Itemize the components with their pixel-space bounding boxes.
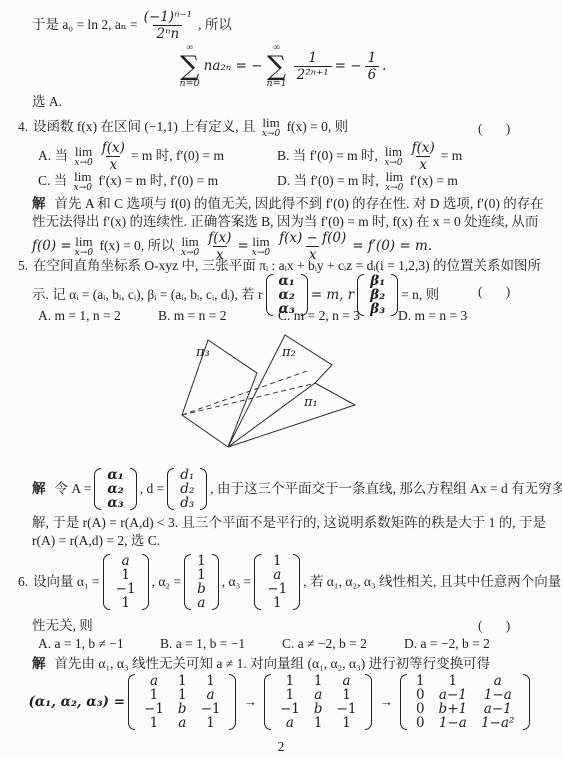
matrix-cell: −1 <box>194 702 228 716</box>
option-text: f′(x) = m 时, f′(0) = m <box>95 173 218 190</box>
stem-text: f(x) = 0, 则 <box>283 119 348 136</box>
stem-text: 设函数 f(x) 在区间 (−1,1) 上有定义, 且 <box>33 119 259 136</box>
solution-label: 解 <box>32 481 46 498</box>
matrix-cell: 1−a <box>474 688 521 702</box>
matrix: a1−11 <box>103 554 149 610</box>
fraction: 1 2²ⁿ⁺¹ <box>294 50 332 83</box>
fraction-numerator: f(x) <box>409 140 438 156</box>
limit: lim x→0 <box>262 116 280 139</box>
answer-blank: ( ) <box>478 284 511 301</box>
q4-option-d: D. 当 f′(0) = m 时, lim x→0 f′(x) = m <box>277 170 458 193</box>
document-page: 于是 a₀ = ln 2, aₙ = (−1)ⁿ⁻¹ 2ⁿn , 所以 ∞ ∑ … <box>0 0 562 758</box>
stem-text: 示. 记 αᵢ = (aᵢ, bᵢ, cᵢ), βᵢ = (aᵢ, bᵢ, cᵢ… <box>32 287 263 304</box>
matrix-cell: d₁ <box>176 468 198 482</box>
matrix-row: a11 <box>273 716 363 730</box>
question-number: 4. <box>18 119 33 136</box>
matrix-cell: 1 <box>137 716 171 730</box>
matrix-row: 1 <box>263 554 291 568</box>
fraction: f(x) x <box>99 140 128 173</box>
matrix-cell: 0 <box>409 716 432 730</box>
paren-left-icon <box>254 554 261 610</box>
answer-blank: ( ) <box>478 618 511 635</box>
matrix-cell: b <box>193 582 210 596</box>
question-6-stem-line-1: 6. 设向量 α₁ = a1−11 , α₂ = 11ba , α₃ = 1a−… <box>18 554 562 610</box>
matrix-row: a <box>263 568 291 582</box>
sigma-icon: ∑ <box>180 54 199 80</box>
matrix-row: −1 <box>112 582 140 596</box>
matrix-cell: d₃ <box>176 496 198 510</box>
q6-option-c: C. a ≠ −2, b = 2 <box>282 636 404 653</box>
paren-right-icon <box>523 674 530 730</box>
matrix-cell: a <box>194 688 228 702</box>
stem-text: , α₂ = <box>152 574 182 591</box>
matrix-row: 0b+1a−1 <box>409 702 522 716</box>
matrix-row: 1a1 <box>273 688 363 702</box>
limit-subscript: x→0 <box>262 130 280 139</box>
limit-word: lim <box>181 235 198 248</box>
matrix-cell: 1 <box>409 674 432 688</box>
matrix-cell: 1 <box>330 716 364 730</box>
option-text: B. m = n = 2 <box>158 308 226 325</box>
matrix-cell: 1 <box>307 674 330 688</box>
matrix-cell: b <box>307 702 330 716</box>
limit-word: lim <box>386 170 403 183</box>
matrix-cell: a <box>474 674 521 688</box>
matrix-cell: a <box>273 716 307 730</box>
matrix-row: 11a <box>273 674 363 688</box>
solution-text: 解, 于是 r(A) = r(A,d) < 3. 且三个平面不是平行的, 这说明… <box>32 515 546 532</box>
matrix-row: −1b−1 <box>273 702 363 716</box>
matrix-grid: d₁d₂d₃ <box>176 468 198 510</box>
fraction-numerator: f(x) <box>99 140 128 156</box>
matrix: a1111a−1b−11a1 <box>128 674 236 730</box>
limit: lim x→0 <box>74 170 92 193</box>
matrix: d₁d₂d₃ <box>167 468 207 510</box>
matrix-row: a <box>193 596 210 610</box>
limit-subscript: x→0 <box>384 159 402 168</box>
matrix-row: β₂ <box>366 288 389 302</box>
page-number-text: 2 <box>278 739 285 754</box>
limit-subscript: x→0 <box>75 249 93 258</box>
matrix-cell: β₂ <box>366 288 389 302</box>
hidden-intersection-line-2 <box>182 383 316 415</box>
matrix-cell: a <box>112 554 140 568</box>
solution-text: , d = <box>140 481 165 498</box>
display-lhs: (α₁, α₂, α₃) = <box>29 694 126 711</box>
matrix-grid: 11a1a1−1b−1a11 <box>273 674 363 730</box>
plane-label-pi1: π₁ <box>303 395 318 410</box>
matrix-row: a11 <box>137 674 227 688</box>
answer-blank: ( ) <box>478 121 511 138</box>
paren-right-icon <box>229 674 236 730</box>
matrix-row: d₁ <box>176 468 198 482</box>
limit-word: lim <box>385 145 402 158</box>
matrix-cell: b <box>171 702 194 716</box>
matrix-cell: −1 <box>273 702 307 716</box>
matrix-row: 11a <box>137 688 227 702</box>
matrix-cell: 1 <box>330 688 364 702</box>
matrix-grid: a1−11 <box>112 554 140 610</box>
q4-solution-line-1: 解 首先 A 和 C 选项与 f(0) 的值无关, 因此得不到 f′(0) 的存… <box>32 196 544 213</box>
paren-right-icon <box>200 468 207 510</box>
option-text: D. 当 f′(0) = m 时, <box>277 173 382 190</box>
stem-text: 设向量 α₁ = <box>33 574 100 591</box>
option-text: A. m = 1, n = 2 <box>38 308 121 325</box>
matrix: 11ba <box>184 554 219 610</box>
matrix-cell: 1 <box>171 674 194 688</box>
solution-label: 解 <box>32 656 46 673</box>
matrix-cell: −1 <box>137 702 171 716</box>
planes-figure-svg: π₃ π₂ π₁ <box>150 330 450 470</box>
matrix-row: −1 <box>263 582 291 596</box>
matrix-cell: 1 <box>137 688 171 702</box>
q4-option-c: C. 当 lim x→0 f′(x) = m 时, f′(0) = m <box>38 170 277 193</box>
q5-options-row: A. m = 1, n = 2 B. m = n = 2 C. m = 2, n… <box>38 308 467 325</box>
arrow-icon: → <box>243 694 257 711</box>
arrow-icon: → <box>379 694 393 711</box>
option-text: f′(x) = m <box>406 173 457 190</box>
solution-label: 解 <box>32 196 46 213</box>
matrix-row: 1 <box>112 596 140 610</box>
matrix-cell: 1 <box>307 716 330 730</box>
matrix-cell: a <box>330 674 364 688</box>
matrix-row: d₃ <box>176 496 198 510</box>
option-text: = m 时, f′(0) = m <box>131 148 224 165</box>
q5-option-a: A. m = 1, n = 2 <box>38 308 158 325</box>
option-text: C. m = 2, n = 3 <box>278 308 360 325</box>
limit: lim x→0 <box>74 145 92 168</box>
matrix-grid: 11ba <box>193 554 210 610</box>
paren-left-icon <box>264 674 271 730</box>
matrix-cell: α₂ <box>103 482 127 496</box>
paren-right-icon <box>293 554 300 610</box>
q5-solution-line-3: r(A) = r(A,d) = 2, 选 C. <box>32 533 160 550</box>
answer-choice-text: 选 A. <box>32 94 62 109</box>
matrix: 1a−11 <box>254 554 300 610</box>
fraction-numerator: 1 <box>365 50 380 66</box>
question-4-stem: 4. 设函数 f(x) 在区间 (−1,1) 上有定义, 且 lim x→0 f… <box>18 116 348 139</box>
q6-solution-line-1: 解 首先由 α₁, α₃ 线性无关可知 a ≠ 1. 对向量组 (α₁, α₂,… <box>32 656 490 673</box>
paren-left-icon <box>400 674 407 730</box>
solution-text: 首先 A 和 C 选项与 f(0) 的值无关, 因此得不到 f′(0) 的存在性… <box>55 196 544 213</box>
paren-left-icon <box>184 554 191 610</box>
solution-text: f(x) = 0, 所以 <box>96 238 178 255</box>
matrix-cell: −1 <box>263 582 291 596</box>
question-number: 5. <box>18 258 33 275</box>
sum-lower-limit: n=0 <box>180 79 200 89</box>
plane-pi3-outline <box>182 340 257 447</box>
q6-option-d: D. a = −2, b = 2 <box>404 636 490 653</box>
matrix-cell: 1−a <box>432 716 475 730</box>
matrix-row: b <box>193 582 210 596</box>
matrix-row: α₁ <box>275 274 299 288</box>
matrix-cell: −1 <box>330 702 364 716</box>
matrix: α₁α₂α₃ <box>94 468 136 510</box>
matrix-cell: 1 <box>171 688 194 702</box>
planes-figure: π₃ π₂ π₁ <box>150 330 450 470</box>
limit-word: lim <box>75 235 92 248</box>
intro-text-pre: 于是 a₀ = ln 2, aₙ = <box>32 17 138 34</box>
matrix-cell: β₁ <box>366 274 389 288</box>
matrix-row: 1a1 <box>137 716 227 730</box>
q5-solution-line-1: 解 令 A = α₁α₂α₃ , d = d₁d₂d₃ , 由于这三个平面交于一… <box>32 468 562 510</box>
matrix-grid: a1111a−1b−11a1 <box>137 674 227 730</box>
matrix-cell: 1 <box>193 568 210 582</box>
fraction-numerator: f(x) <box>205 230 234 246</box>
limit-subscript: x→0 <box>74 159 92 168</box>
solution-text: 首先由 α₁, α₃ 线性无关可知 a ≠ 1. 对向量组 (α₁, α₂, α… <box>55 656 491 673</box>
solution-text: , 由于这三个平面交于一条直线, 那么方程组 Ax = d 有无穷多 <box>210 481 562 498</box>
matrix-cell: a <box>193 596 210 610</box>
matrix-row: β₁ <box>366 274 389 288</box>
limit-word: lim <box>75 145 92 158</box>
plane-label-pi2: π₂ <box>281 345 296 360</box>
matrix-grid: 11a0a−11−a0b+1a−101−a1−a² <box>409 674 522 730</box>
limit: lim x→0 <box>75 235 93 258</box>
stem-text: , α₃ = <box>222 574 252 591</box>
equation-middle: na₂ₙ = − <box>204 58 263 75</box>
option-text: A. 当 <box>38 148 71 165</box>
solution-math: = f′(0) = m. <box>352 238 432 255</box>
solution-text: 令 A = <box>55 481 92 498</box>
matrix-cell: α₁ <box>275 274 299 288</box>
q5-option-b: B. m = n = 2 <box>158 308 278 325</box>
matrix-cell: a <box>263 568 291 582</box>
matrix-cell: 1 <box>194 674 228 688</box>
limit-subscript: x→0 <box>385 184 403 193</box>
matrix-row: 11a <box>409 674 522 688</box>
matrix-cell: 0 <box>409 702 432 716</box>
fraction: (−1)ⁿ⁻¹ 2ⁿn <box>141 9 195 42</box>
q6-option-b: B. a = 1, b = −1 <box>160 636 282 653</box>
matrix-cell: α₃ <box>103 496 127 510</box>
solution-text: r(A) = r(A,d) = 2, 选 C. <box>32 533 160 550</box>
paren-left-icon <box>94 468 101 510</box>
intro-text-post: , 所以 <box>198 17 232 34</box>
equation-end: . <box>382 58 386 75</box>
answer-choice-line: 选 A. <box>32 94 62 111</box>
summation: ∞ ∑ n=1 <box>267 44 287 89</box>
option-text: D. a = −2, b = 2 <box>404 636 490 653</box>
paren-right-icon <box>365 674 372 730</box>
stem-text: = n, 则 <box>401 287 439 304</box>
matrix: 11a0a−11−a0b+1a−101−a1−a² <box>400 674 531 730</box>
limit-subscript: x→0 <box>74 184 92 193</box>
hidden-intersection-line-1 <box>182 371 307 415</box>
limit: lim x→0 <box>384 145 402 168</box>
matrix-row: −1b−1 <box>137 702 227 716</box>
q4-options-row-2: C. 当 lim x→0 f′(x) = m 时, f′(0) = m D. 当… <box>38 170 458 193</box>
matrix-row: d₂ <box>176 482 198 496</box>
matrix-cell: 1 <box>273 674 307 688</box>
limit-subscript: x→0 <box>252 249 270 258</box>
matrix-row: 1 <box>263 596 291 610</box>
matrix-cell: −1 <box>112 582 140 596</box>
matrix-cell: a−1 <box>474 702 521 716</box>
limit-word: lim <box>252 235 269 248</box>
fraction-denominator: 6 <box>365 66 380 83</box>
matrix-row: 0a−11−a <box>409 688 522 702</box>
q5-solution-line-2: 解, 于是 r(A) = r(A,d) < 3. 且三个平面不是平行的, 这说明… <box>32 515 546 532</box>
matrix-cell: 1 <box>193 554 210 568</box>
solution-text: 性无法得出 f′(x) 的连续性. 正确答案选 B, 因为当 f′(0) = m… <box>32 214 538 231</box>
option-text: B. a = 1, b = −1 <box>160 636 245 653</box>
plane-pi1-outline <box>228 383 355 447</box>
limit-word: lim <box>262 116 279 129</box>
sigma-icon: ∑ <box>267 54 286 80</box>
stem-text: , 若 α₁, α₂, α₃ 线性相关, 且其中任意两个向量均线 <box>303 574 562 591</box>
matrix-row: 1 <box>193 568 210 582</box>
question-number: 6. <box>18 574 33 591</box>
option-text: A. a = 1, b ≠ −1 <box>38 636 124 653</box>
matrix-row: α₃ <box>103 496 127 510</box>
option-text: D. m = n = 3 <box>398 308 467 325</box>
matrix-row: α₂ <box>275 288 299 302</box>
q6-display-equation: (α₁, α₂, α₃) = a1111a−1b−11a1 → 11a1a1−1… <box>0 674 562 730</box>
matrix-cell: b+1 <box>432 702 475 716</box>
matrix-cell: 1 <box>273 688 307 702</box>
display-equation-series: ∞ ∑ n=0 na₂ₙ = − ∞ ∑ n=1 1 2²ⁿ⁺¹ = − 1 6… <box>0 44 562 89</box>
paren-right-icon <box>130 468 137 510</box>
matrix-cell: a <box>171 716 194 730</box>
matrix-cell: a−1 <box>432 688 475 702</box>
matrix-cell: a <box>307 688 330 702</box>
matrix-cell: d₂ <box>176 482 198 496</box>
fraction-numerator: (−1)ⁿ⁻¹ <box>141 9 195 25</box>
paren-left-icon <box>103 554 110 610</box>
q6-options-row: A. a = 1, b ≠ −1 B. a = 1, b = −1 C. a ≠… <box>38 636 490 653</box>
matrix: 11a1a1−1b−1a11 <box>264 674 372 730</box>
q4-option-b: B. 当 f′(0) = m 时, lim x→0 f(x) x = m <box>277 140 462 173</box>
matrix-cell: 1 <box>432 674 475 688</box>
fraction: 1 6 <box>365 50 380 83</box>
q6-option-a: A. a = 1, b ≠ −1 <box>38 636 160 653</box>
matrix-cell: α₁ <box>103 468 127 482</box>
matrix-row: α₂ <box>103 482 127 496</box>
option-text: = m <box>441 148 463 165</box>
limit-subscript: x→0 <box>181 249 199 258</box>
fraction: f(x) x <box>409 140 438 173</box>
matrix-row: 1 <box>112 568 140 582</box>
option-text: B. 当 f′(0) = m 时, <box>277 148 381 165</box>
fraction-denominator: 2²ⁿ⁺¹ <box>294 66 332 83</box>
matrix-grid: 1a−11 <box>263 554 291 610</box>
matrix-grid: α₁α₂α₃ <box>103 468 127 510</box>
limit: lim x→0 <box>181 235 199 258</box>
stem-text: 性无关, 则 <box>32 618 93 635</box>
summation: ∞ ∑ n=0 <box>180 44 200 89</box>
matrix-cell: 1−a² <box>474 716 521 730</box>
paren-right-icon <box>212 554 219 610</box>
matrix-cell: 0 <box>409 688 432 702</box>
matrix-cell: 1 <box>263 596 291 610</box>
matrix-row: 01−a1−a² <box>409 716 522 730</box>
intro-line: 于是 a₀ = ln 2, aₙ = (−1)ⁿ⁻¹ 2ⁿn , 所以 <box>32 9 232 42</box>
fraction-numerator: f(x) − f(0) <box>276 230 349 246</box>
fraction-denominator: 2ⁿn <box>153 25 182 42</box>
sum-lower-limit: n=1 <box>267 79 287 89</box>
paren-right-icon <box>142 554 149 610</box>
question-6-stem-line-2: 性无关, 则 <box>32 618 93 635</box>
matrix-cell: 1 <box>112 568 140 582</box>
matrix-cell: a <box>137 674 171 688</box>
plane-label-pi3: π₃ <box>195 345 210 360</box>
matrix-cell: α₂ <box>275 288 299 302</box>
solution-math: f(0) = <box>32 238 72 255</box>
matrix-cell: 1 <box>194 716 228 730</box>
fraction-numerator: 1 <box>305 50 320 66</box>
matrix-cell: 1 <box>263 554 291 568</box>
equation-middle: = − <box>335 58 362 75</box>
matrix-row: a <box>112 554 140 568</box>
q5-option-d: D. m = n = 3 <box>398 308 467 325</box>
limit: lim x→0 <box>385 170 403 193</box>
q4-solution-line-2: 性无法得出 f′(x) 的连续性. 正确答案选 B, 因为当 f′(0) = m… <box>32 214 538 231</box>
option-text: C. 当 <box>38 173 71 190</box>
stem-math: = m, r <box>311 287 354 304</box>
limit: lim x→0 <box>252 235 270 258</box>
limit-word: lim <box>74 170 91 183</box>
q5-option-c: C. m = 2, n = 3 <box>278 308 398 325</box>
paren-left-icon <box>128 674 135 730</box>
paren-left-icon <box>167 468 174 510</box>
matrix-cell: 1 <box>112 596 140 610</box>
option-text: C. a ≠ −2, b = 2 <box>282 636 367 653</box>
solution-math: = <box>237 238 248 255</box>
matrix-row: α₁ <box>103 468 127 482</box>
matrix-row: 1 <box>193 554 210 568</box>
page-number: 2 <box>0 739 562 756</box>
